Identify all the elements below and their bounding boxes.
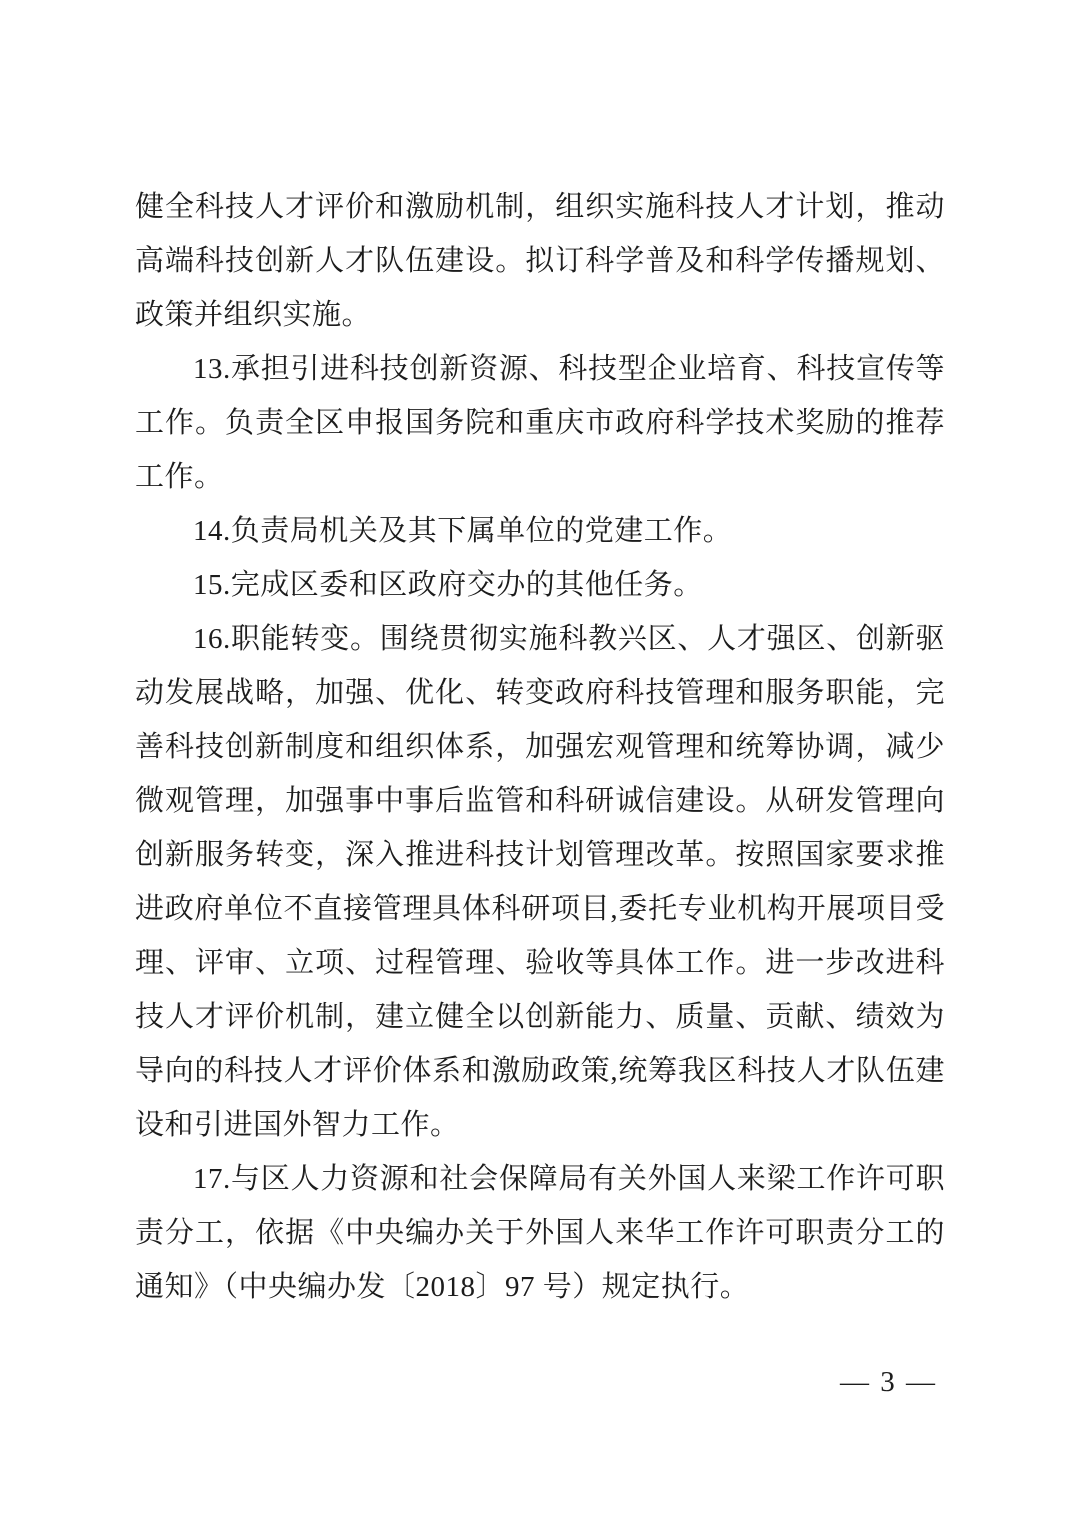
paragraph: 16.职能转变。围绕贯彻实施科教兴区、人才强区、创新驱动发展战略，加强、优化、转… (135, 612, 945, 1152)
paragraph: 13.承担引进科技创新资源、科技型企业培育、科技宣传等工作。负责全区申报国务院和… (135, 342, 945, 504)
paragraph: 15.完成区委和区政府交办的其他任务。 (135, 558, 945, 612)
document-body: 健全科技人才评价和激励机制，组织实施科技人才计划，推动高端科技创新人才队伍建设。… (135, 180, 945, 1314)
paragraph: 健全科技人才评价和激励机制，组织实施科技人才计划，推动高端科技创新人才队伍建设。… (135, 180, 945, 342)
page-number: — 3 — (840, 1362, 937, 1402)
document-page: 健全科技人才评价和激励机制，组织实施科技人才计划，推动高端科技创新人才队伍建设。… (0, 0, 1075, 1520)
paragraph: 14.负责局机关及其下属单位的党建工作。 (135, 504, 945, 558)
paragraph: 17.与区人力资源和社会保障局有关外国人来梁工作许可职责分工，依据《中央编办关于… (135, 1152, 945, 1314)
